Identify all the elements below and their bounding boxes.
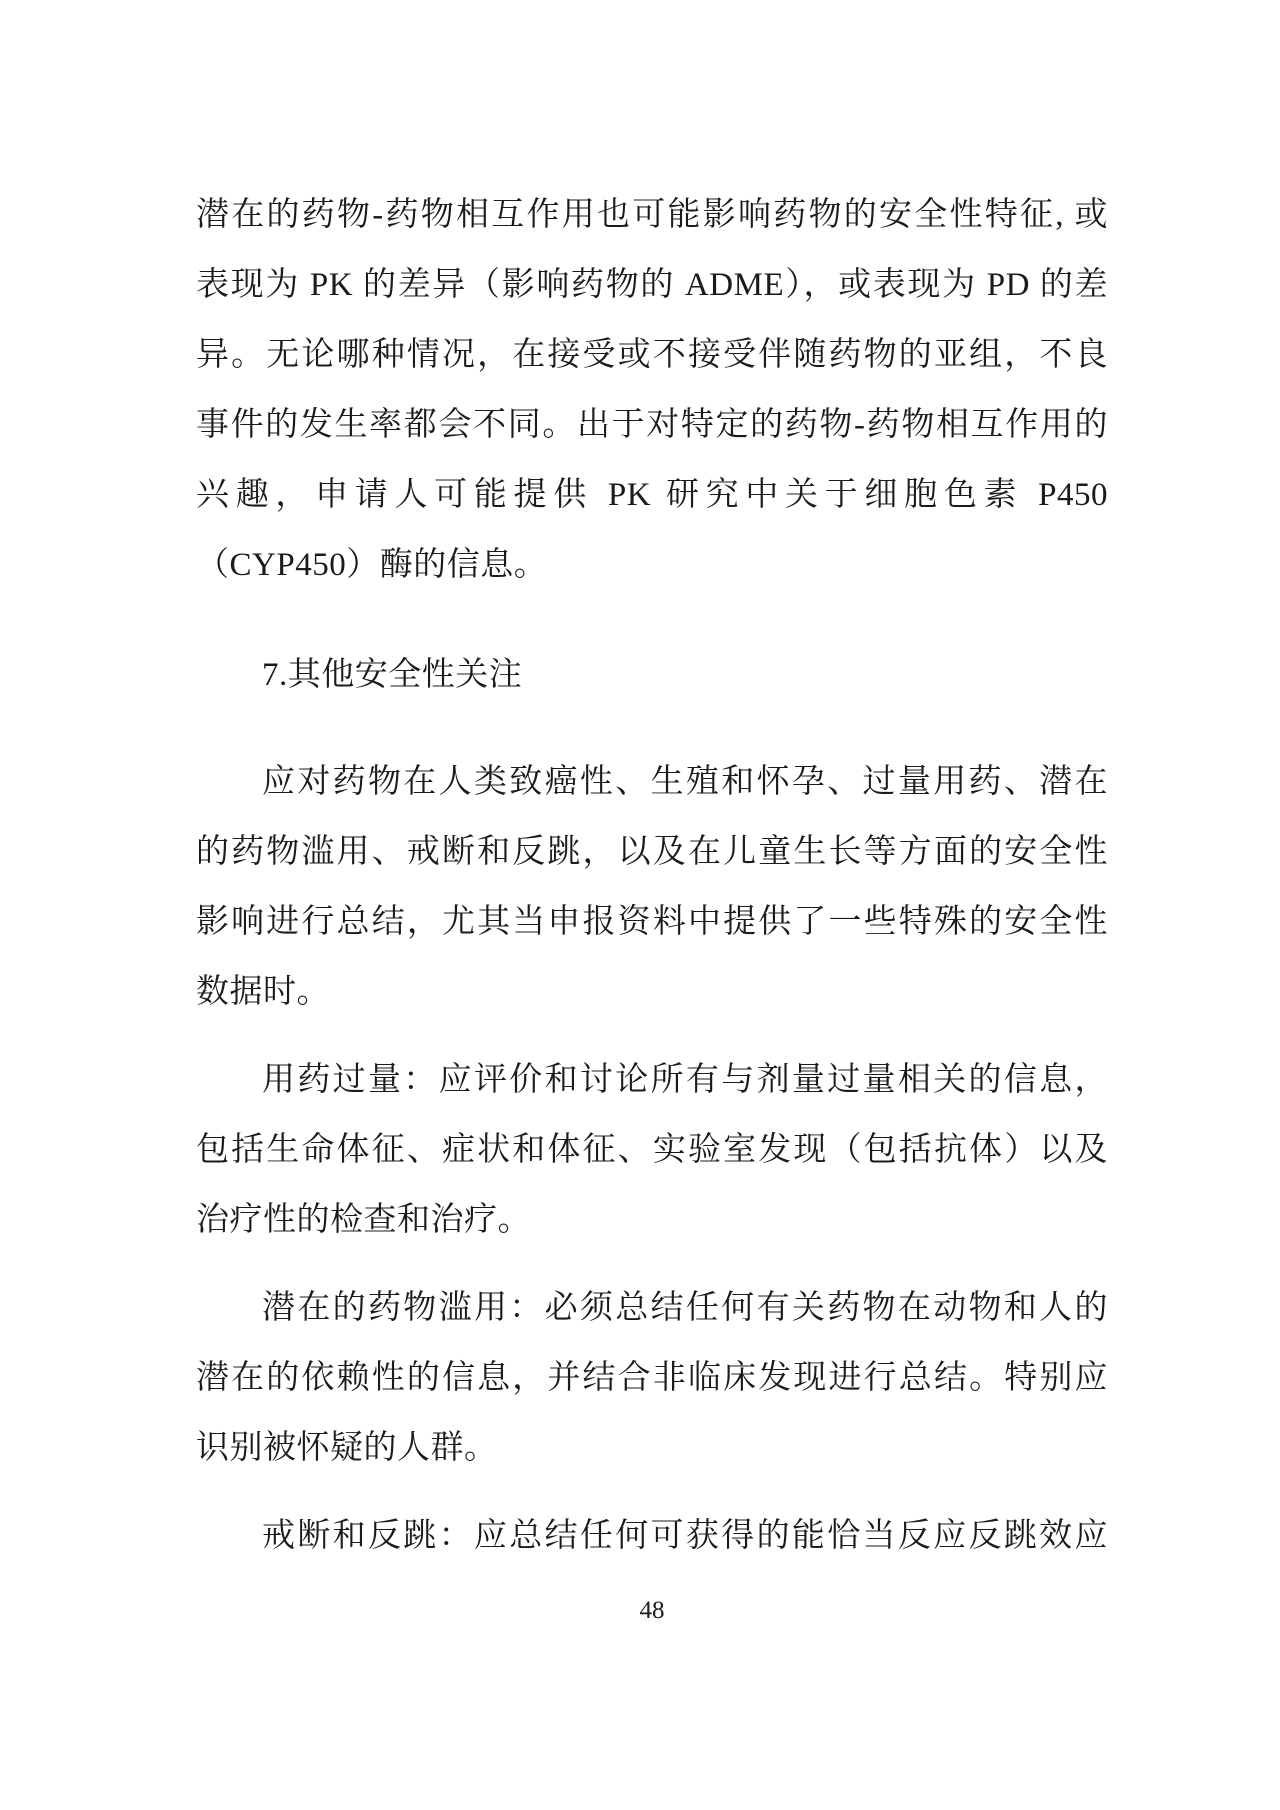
text-line: 戒断和反跳：应总结任何可获得的能恰当反应反跳效应 [196, 1501, 1108, 1571]
text-line: 数据时。 [196, 957, 1108, 1027]
text-line: 的药物滥用、戒断和反跳，以及在儿童生长等方面的安全性 [196, 817, 1108, 887]
paragraph: 潜在的药物滥用：必须总结任何有关药物在动物和人的潜在的依赖性的信息，并结合非临床… [196, 1273, 1108, 1483]
text-line: 潜在的依赖性的信息，并结合非临床发现进行总结。特别应 [196, 1343, 1108, 1413]
text-line: （CYP450）酶的信息。 [196, 530, 1108, 600]
document-page: 潜在的药物-药物相互作用也可能影响药物的安全性特征, 或表现为 PK 的差异（影… [0, 0, 1280, 1810]
paragraph: 戒断和反跳：应总结任何可获得的能恰当反应反跳效应 [196, 1501, 1108, 1571]
document-text-block: 潜在的药物-药物相互作用也可能影响药物的安全性特征, 或表现为 PK 的差异（影… [196, 180, 1108, 1571]
text-line: 识别被怀疑的人群。 [196, 1413, 1108, 1483]
paragraph: 应对药物在人类致癌性、生殖和怀孕、过量用药、潜在的药物滥用、戒断和反跳，以及在儿… [196, 747, 1108, 1027]
text-line: 影响进行总结，尤其当申报资料中提供了一些特殊的安全性 [196, 887, 1108, 957]
paragraph: 用药过量：应评价和讨论所有与剂量过量相关的信息，包括生命体征、症状和体征、实验室… [196, 1045, 1108, 1255]
text-line: 兴趣，申请人可能提供 PK 研究中关于细胞色素 P450 [196, 460, 1108, 530]
text-line: 用药过量：应评价和讨论所有与剂量过量相关的信息， [196, 1045, 1108, 1115]
section-heading: 7.其他安全性关注 [196, 640, 1108, 710]
text-line: 治疗性的检查和治疗。 [196, 1185, 1108, 1255]
text-line: 包括生命体征、症状和体征、实验室发现（包括抗体）以及 [196, 1115, 1108, 1185]
paragraph: 潜在的药物-药物相互作用也可能影响药物的安全性特征, 或表现为 PK 的差异（影… [196, 180, 1108, 600]
text-line: 潜在的药物滥用：必须总结任何有关药物在动物和人的 [196, 1273, 1108, 1343]
text-line: 潜在的药物-药物相互作用也可能影响药物的安全性特征, 或 [196, 180, 1108, 250]
text-line: 异。无论哪种情况，在接受或不接受伴随药物的亚组，不良 [196, 320, 1108, 390]
text-line: 应对药物在人类致癌性、生殖和怀孕、过量用药、潜在 [196, 747, 1108, 817]
page-number: 48 [196, 1596, 1108, 1626]
text-line: 表现为 PK 的差异（影响药物的 ADME），或表现为 PD 的差 [196, 250, 1108, 320]
text-line: 事件的发生率都会不同。出于对特定的药物-药物相互作用的 [196, 390, 1108, 460]
section-heading-block: 7.其他安全性关注 [196, 640, 1108, 710]
